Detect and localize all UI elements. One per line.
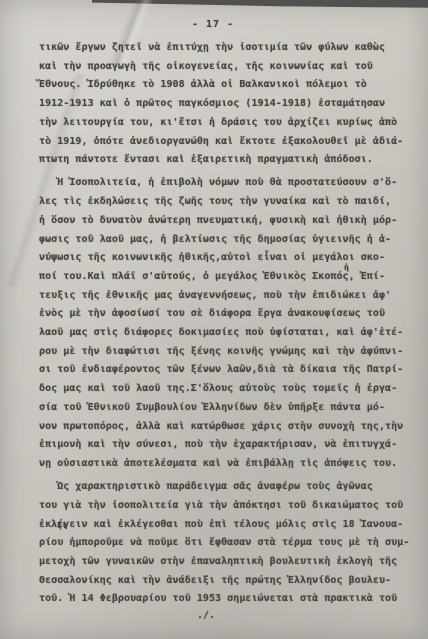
body-paragraph: τικῶν ἔργων ζητεῖ νὰ ἐπιτύχῃ τὴν ἰσοτιμί… (39, 39, 411, 170)
body-paragraph: Ἡ Ἰσοπολιτεία, ἡ ἐπιβολὴ νόμων ποὺ θὰ πρ… (39, 174, 411, 473)
handwritten-insertion: ξι (57, 521, 67, 530)
page-number: - 17 - (192, 19, 234, 30)
continuation-mark: ./. (39, 610, 411, 621)
handwritten-insertion: ἡ (344, 263, 349, 272)
body-paragraph: Ὡς χαρακτηριστικὸ παράδειγμα σᾶς ἀναφέρω… (39, 478, 411, 609)
scanned-document-page: - 17 - τικῶν ἔργων ζητεῖ νὰ ἐπιτύχῃ τὴν … (0, 0, 428, 639)
document-body: τικῶν ἔργων ζητεῖ νὰ ἐπιτύχῃ τὴν ἰσοτιμί… (39, 39, 411, 621)
scanner-edge-shadow (92, 0, 428, 10)
